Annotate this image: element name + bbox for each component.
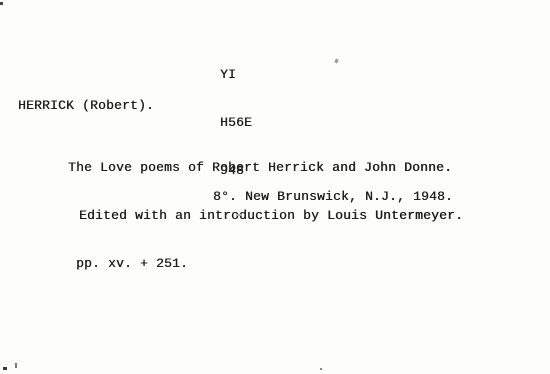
catalog-card: YI H56E 948 HERRICK (Robert). The Love p… <box>0 0 550 374</box>
scan-artifact <box>15 363 17 368</box>
scan-artifact <box>0 2 3 5</box>
title-line: The Love poems of Robert Herrick and Joh… <box>68 160 463 176</box>
scan-artifact <box>3 367 7 370</box>
editor-line: Edited with an introduction by Louis Unt… <box>79 208 463 224</box>
author-heading: HERRICK (Robert). <box>18 98 154 113</box>
call-number-line: YI <box>220 67 252 83</box>
pagination-line: pp. xv. + 251. <box>76 256 463 272</box>
title-statement-block: The Love poems of Robert Herrick and Joh… <box>68 128 463 304</box>
scan-artifact <box>334 59 338 64</box>
scan-artifact <box>236 214 242 216</box>
scan-artifact <box>320 368 322 370</box>
imprint-line: 8°. New Brunswick, N.J., 1948. <box>213 189 453 204</box>
